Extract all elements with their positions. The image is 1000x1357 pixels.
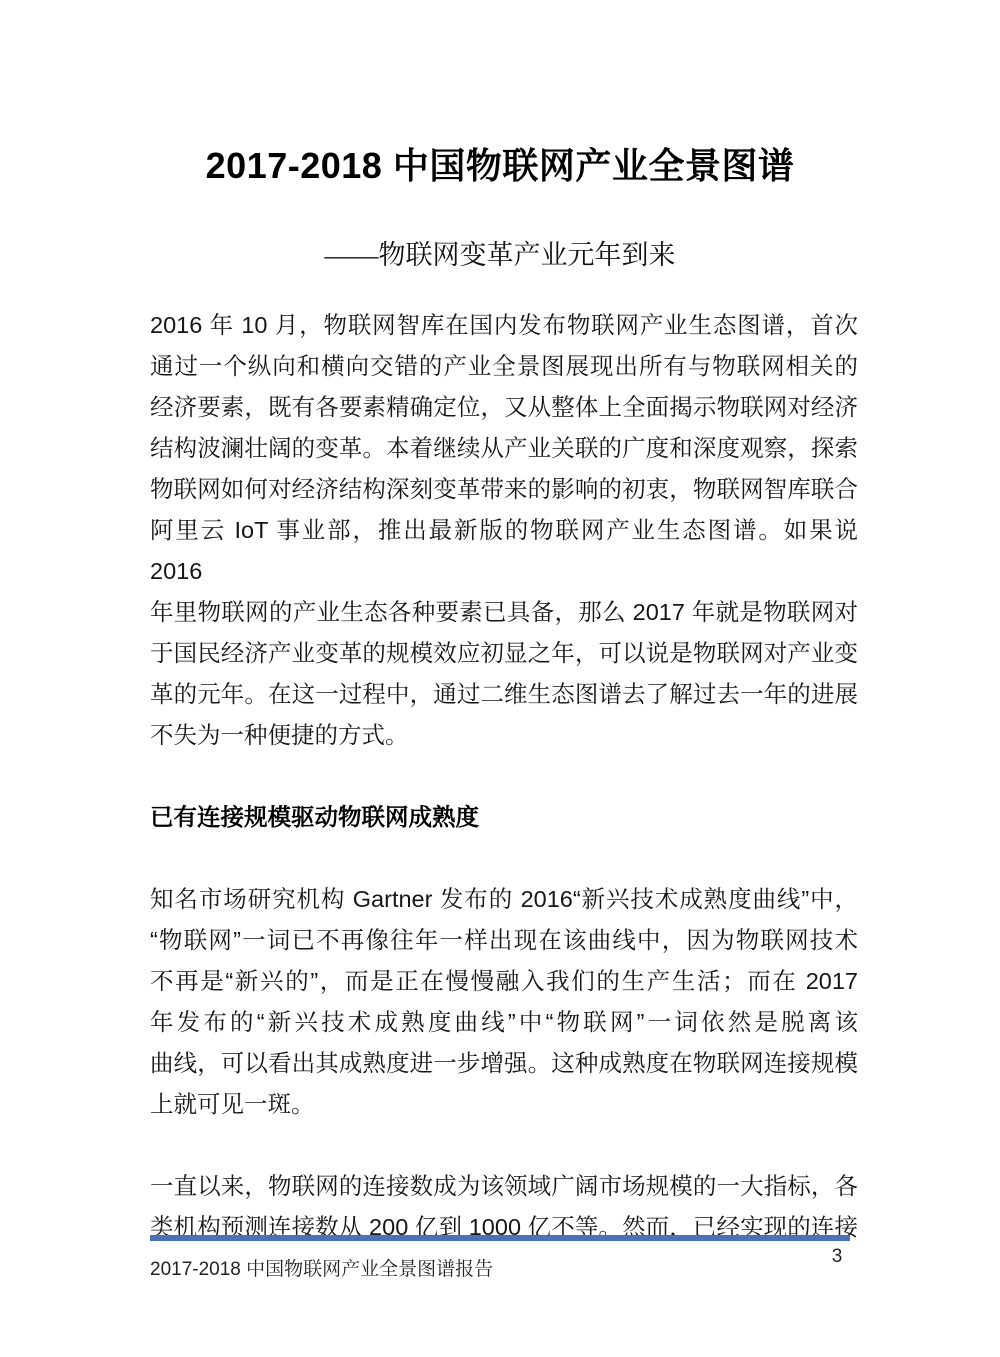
page-number: 3 — [822, 1246, 852, 1268]
body-line: 年发布的“新兴技术成熟度曲线”中“物联网”一词依然是脱离该 — [150, 1002, 858, 1043]
body-line: “物联网”一词已不再像往年一样出现在该曲线中，因为物联网技术 — [150, 920, 858, 961]
body-line: 上就可见一斑。 — [150, 1084, 858, 1125]
body-line: 于国民经济产业变革的规模效应初显之年，可以说是物联网对产业变 — [150, 633, 858, 674]
body-paragraph: 知名市场研究机构 Gartner 发布的 2016“新兴技术成熟度曲线”中，“物… — [150, 879, 858, 1125]
body-line: 知名市场研究机构 Gartner 发布的 2016“新兴技术成熟度曲线”中， — [150, 879, 858, 920]
footer-report-title: 2017-2018 中国物联网产业全景图谱报告 — [150, 1254, 493, 1281]
body-line: 通过一个纵向和横向交错的产业全景图展现出所有与物联网相关的 — [150, 346, 858, 387]
body-line: 结构波澜壮阔的变革。本着继续从产业关联的广度和深度观察，探索 — [150, 428, 858, 469]
section-heading: 已有连接规模驱动物联网成熟度 — [150, 797, 858, 838]
body-line: 一直以来，物联网的连接数成为该领域广阔市场规模的一大指标，各 — [150, 1166, 858, 1207]
footer-divider — [150, 1235, 850, 1241]
body-paragraph: 2016 年 10 月，物联网智库在国内发布物联网产业生态图谱，首次通过一个纵向… — [150, 305, 858, 756]
body-line: 物联网如何对经济结构深刻变革带来的影响的初衷，物联网智库联合 — [150, 469, 858, 510]
body-line: 类机构预测连接数从 200 亿到 1000 亿不等。然而，已经实现的连接 — [150, 1207, 858, 1248]
body-line: 阿里云 IoT 事业部，推出最新版的物联网产业生态图谱。如果说 2016 — [150, 510, 858, 592]
body-line: 年里物联网的产业生态各种要素已具备，那么 2017 年就是物联网对 — [150, 592, 858, 633]
document-body: 2016 年 10 月，物联网智库在国内发布物联网产业生态图谱，首次通过一个纵向… — [150, 305, 858, 1289]
page-subtitle: ——物联网变革产业元年到来 — [0, 233, 1000, 272]
body-line: 曲线，可以看出其成熟度进一步增强。这种成熟度在物联网连接规模 — [150, 1043, 858, 1084]
body-line: 革的元年。在这一过程中，通过二维生态图谱去了解过去一年的进展 — [150, 674, 858, 715]
body-line: 不再是“新兴的”，而是正在慢慢融入我们的生产生活；而在 2017 — [150, 961, 858, 1002]
page-title: 2017-2018 中国物联网产业全景图谱 — [0, 138, 1000, 189]
body-line: 经济要素，既有各要素精确定位，又从整体上全面揭示物联网对经济 — [150, 387, 858, 428]
body-line: 2016 年 10 月，物联网智库在国内发布物联网产业生态图谱，首次 — [150, 305, 858, 346]
body-line: 不失为一种便捷的方式。 — [150, 715, 858, 756]
document-page: 2017-2018 中国物联网产业全景图谱 ——物联网变革产业元年到来 2016… — [0, 0, 1000, 1357]
